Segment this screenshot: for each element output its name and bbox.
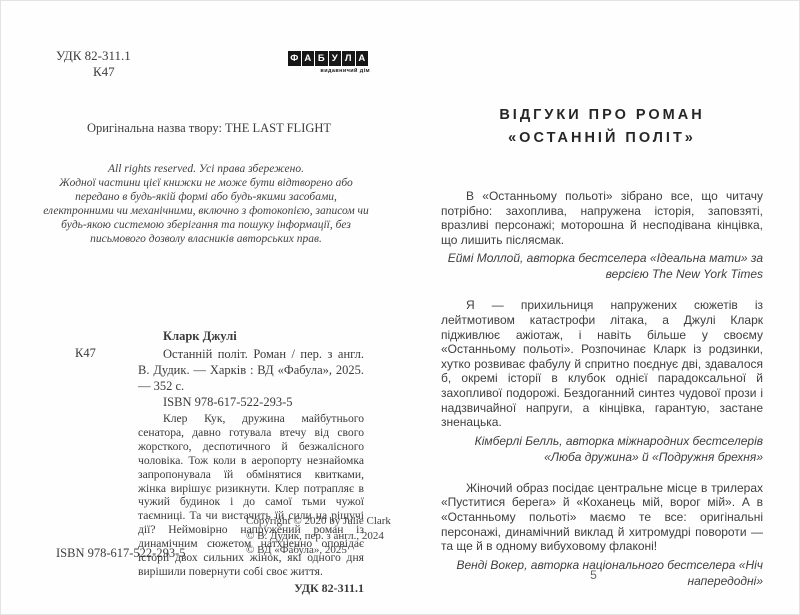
isbn-bottom: ISBN 978-617-522-293-5 [56,546,186,561]
udk-footer: УДК 82-311.1 [138,581,364,596]
logo-letter-tile: А [356,51,369,66]
reviews-page: ВІДГУКИ ПРО РОМАН «ОСТАННІЙ ПОЛІТ» В «Ос… [441,104,763,605]
logo-letter-tile: Б [315,51,328,66]
catalog-code: К47 [75,346,96,361]
reviews-heading-line2: «ОСТАННІЙ ПОЛІТ» [441,127,763,150]
copyright-line: Copyright © 2020 by Julie Clark [246,514,391,529]
rights-notice-line1: All rights reserved. Усі права збережено… [39,162,373,176]
review-attribution: Еймі Моллой, авторка бестселера «Ідеальн… [441,250,763,282]
logo-letter-tile: Ф [288,51,301,66]
bibliographic-entry: Останній політ. Роман / пер. з англ. В. … [138,346,364,394]
publisher-logo: Ф А Б У Л А видавничий дім [288,51,370,74]
udk-classification-block: УДК 82-311.1 К47 [56,48,131,80]
book-spread: УДК 82-311.1 К47 Ф А Б У Л А видавничий … [0,0,800,615]
review-attribution: Кімберлі Белль, авторка міжнародних бест… [441,433,763,465]
copyright-line: © В. Дудик, пер. з англ., 2024 [246,529,391,544]
reviews-heading: ВІДГУКИ ПРО РОМАН «ОСТАННІЙ ПОЛІТ» [441,104,763,150]
publisher-logo-tiles: Ф А Б У Л А [288,51,370,66]
copyright-block: Copyright © 2020 by Julie Clark © В. Дуд… [246,514,391,558]
reviews-heading-line1: ВІДГУКИ ПРО РОМАН [441,104,763,127]
page-number: 5 [441,568,746,582]
review-block: Я — прихильниця напружених сюжетів із ле… [441,298,763,464]
review-block: В «Останньому польоті» зібрано все, що ч… [441,189,763,282]
logo-letter-tile: У [329,51,342,66]
udk-code: УДК 82-311.1 [56,48,131,64]
catalog-author: Кларк Джулі [163,329,365,344]
rights-notice: All rights reserved. Усі права збережено… [39,162,373,246]
rights-notice-body: Жодної частини цієї книжки не може бути … [39,176,373,246]
catalog-isbn: ISBN 978-617-522-293-5 [163,394,365,411]
copyright-line: © ВД «Фабула», 2025 [246,543,391,558]
original-title-line: Оригінальна назва твору: THE LAST FLIGHT [49,121,369,136]
review-text: Жіночий образ посідає центральне місце в… [441,481,763,554]
author-cutter-code: К47 [93,64,131,80]
logo-letter-tile: Л [342,51,355,66]
catalog-entry-row: К47 Останній політ. Роман / пер. з англ.… [53,346,365,411]
review-text: В «Останньому польоті» зібрано все, що ч… [441,189,763,247]
review-text: Я — прихильниця напружених сюжетів із ле… [441,298,763,429]
publisher-logo-subtitle: видавничий дім [288,68,370,74]
logo-letter-tile: А [302,51,315,66]
